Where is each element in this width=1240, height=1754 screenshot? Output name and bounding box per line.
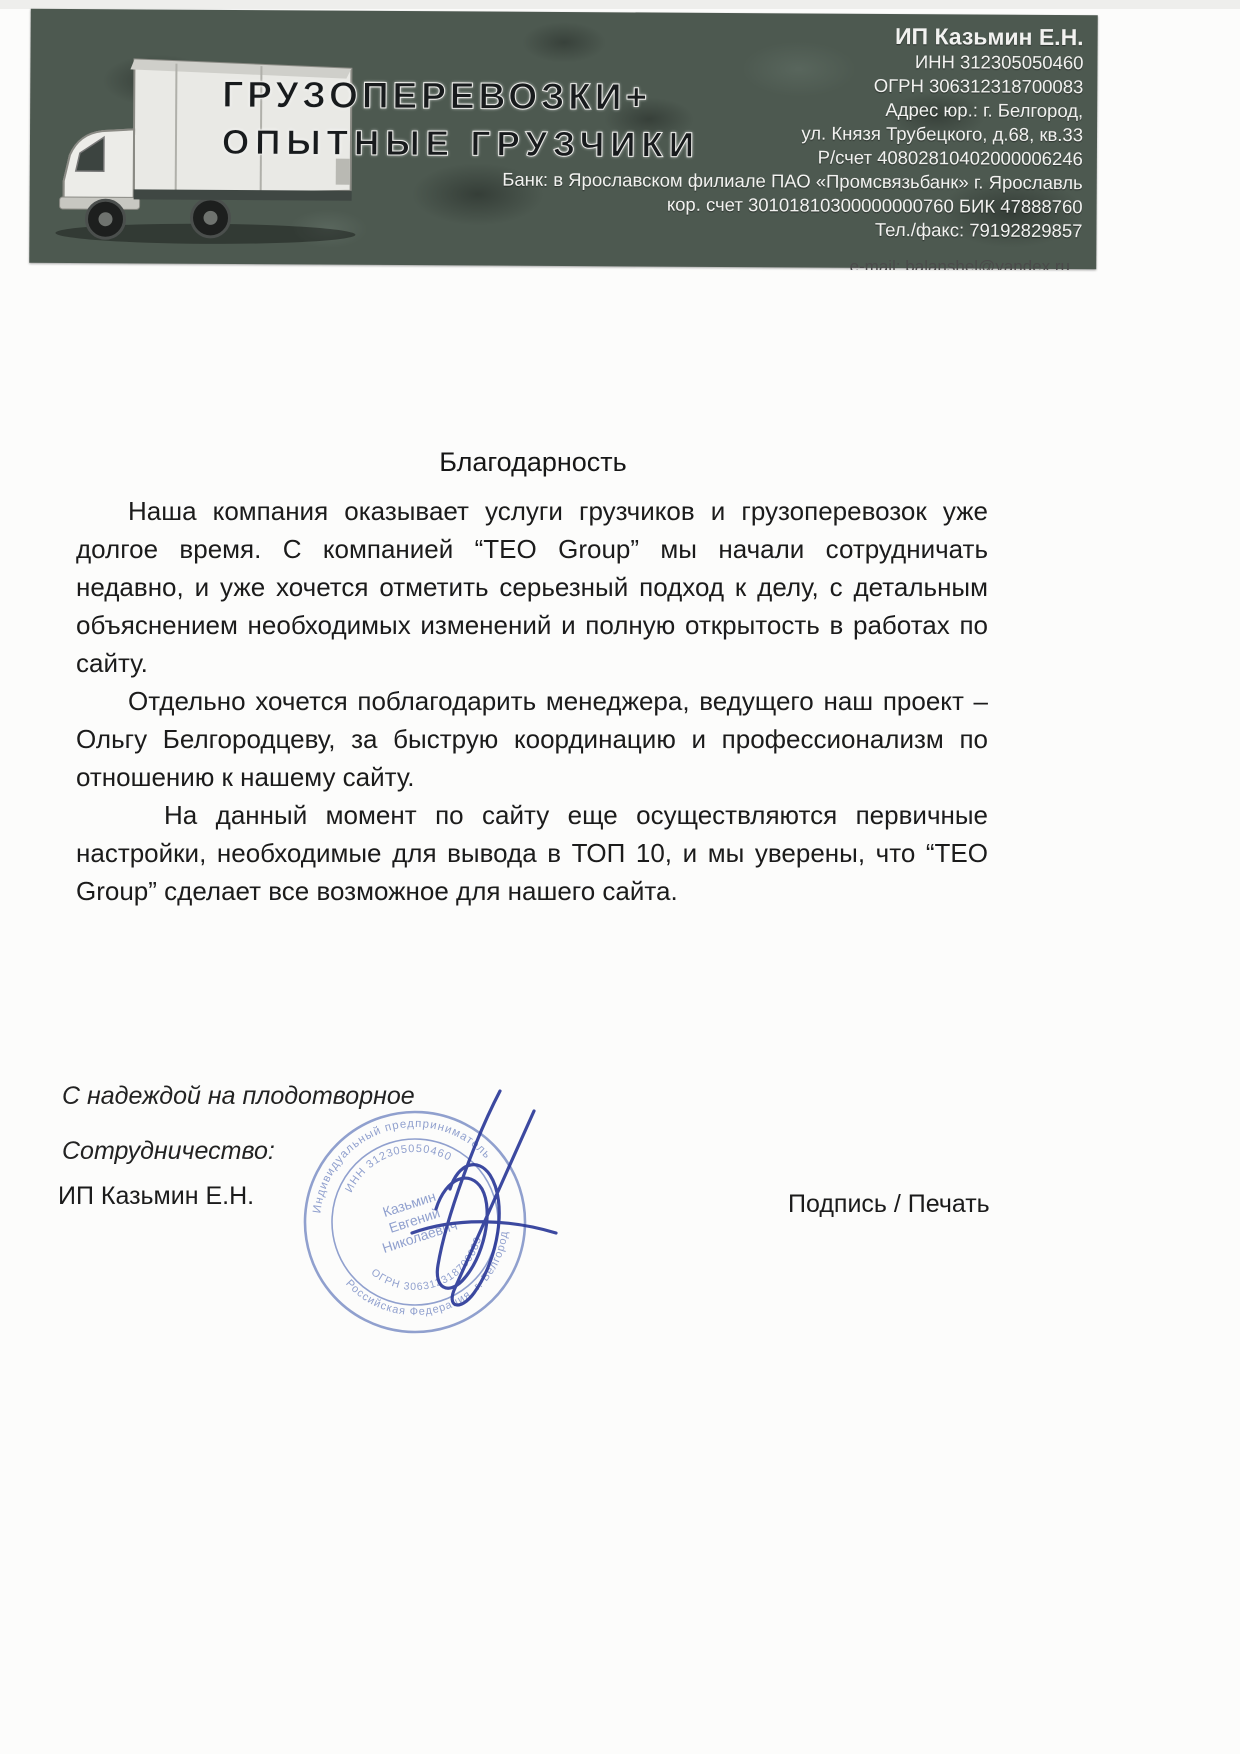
- company-address-line2: ул. Князя Трубецкого, д.68, кв.33: [502, 120, 1083, 148]
- signer-name: ИП Казьмин Е.Н.: [58, 1182, 254, 1211]
- company-details-block: ИП Казьмин Е.Н. ИНН 312305050460 ОГРН 30…: [502, 20, 1084, 244]
- scan-edge-artifact: [0, 0, 1240, 9]
- company-address-line1: Адрес юр.: г. Белгород,: [503, 96, 1084, 124]
- company-account: Р/счет 40802810402000006246: [502, 144, 1083, 172]
- paragraph-2: Отдельно хочется поблагодарить менеджера…: [76, 682, 988, 796]
- letter-body: Наша компания оказывает услуги грузчиков…: [76, 492, 988, 910]
- closing-line-2: Сотрудничество:: [62, 1137, 275, 1166]
- company-phone: Тел./факс: 79192829857: [502, 216, 1083, 244]
- scanned-letter-page: ГРУЗОПЕРЕВОЗКИ+ ОПЫТНЫЕ ГРУЗЧИКИ ИП Казь…: [0, 0, 1240, 1754]
- letterhead-banner: ГРУЗОПЕРЕВОЗКИ+ ОПЫТНЫЕ ГРУЗЧИКИ ИП Казь…: [29, 9, 1098, 270]
- paragraph-3: На данный момент по сайту еще осуществля…: [76, 796, 988, 910]
- company-bank: Банк: в Ярославском филиале ПАО «Промсвя…: [502, 168, 1083, 196]
- company-ogrn: ОГРН 306312318700083: [503, 72, 1084, 100]
- company-name: ИП Казьмин Е.Н.: [503, 20, 1084, 52]
- signature-caption: Подпись / Печать: [788, 1190, 990, 1219]
- company-email: e-mail: balanshel@yandex.ru: [690, 257, 1070, 270]
- company-corr-account: кор. счет 30101810300000000760 БИК 47888…: [502, 192, 1083, 220]
- company-inn: ИНН 312305050460: [503, 48, 1084, 76]
- paragraph-1: Наша компания оказывает услуги грузчиков…: [76, 492, 988, 682]
- handwritten-signature: [358, 1083, 573, 1308]
- letter-title: Благодарность: [78, 447, 988, 478]
